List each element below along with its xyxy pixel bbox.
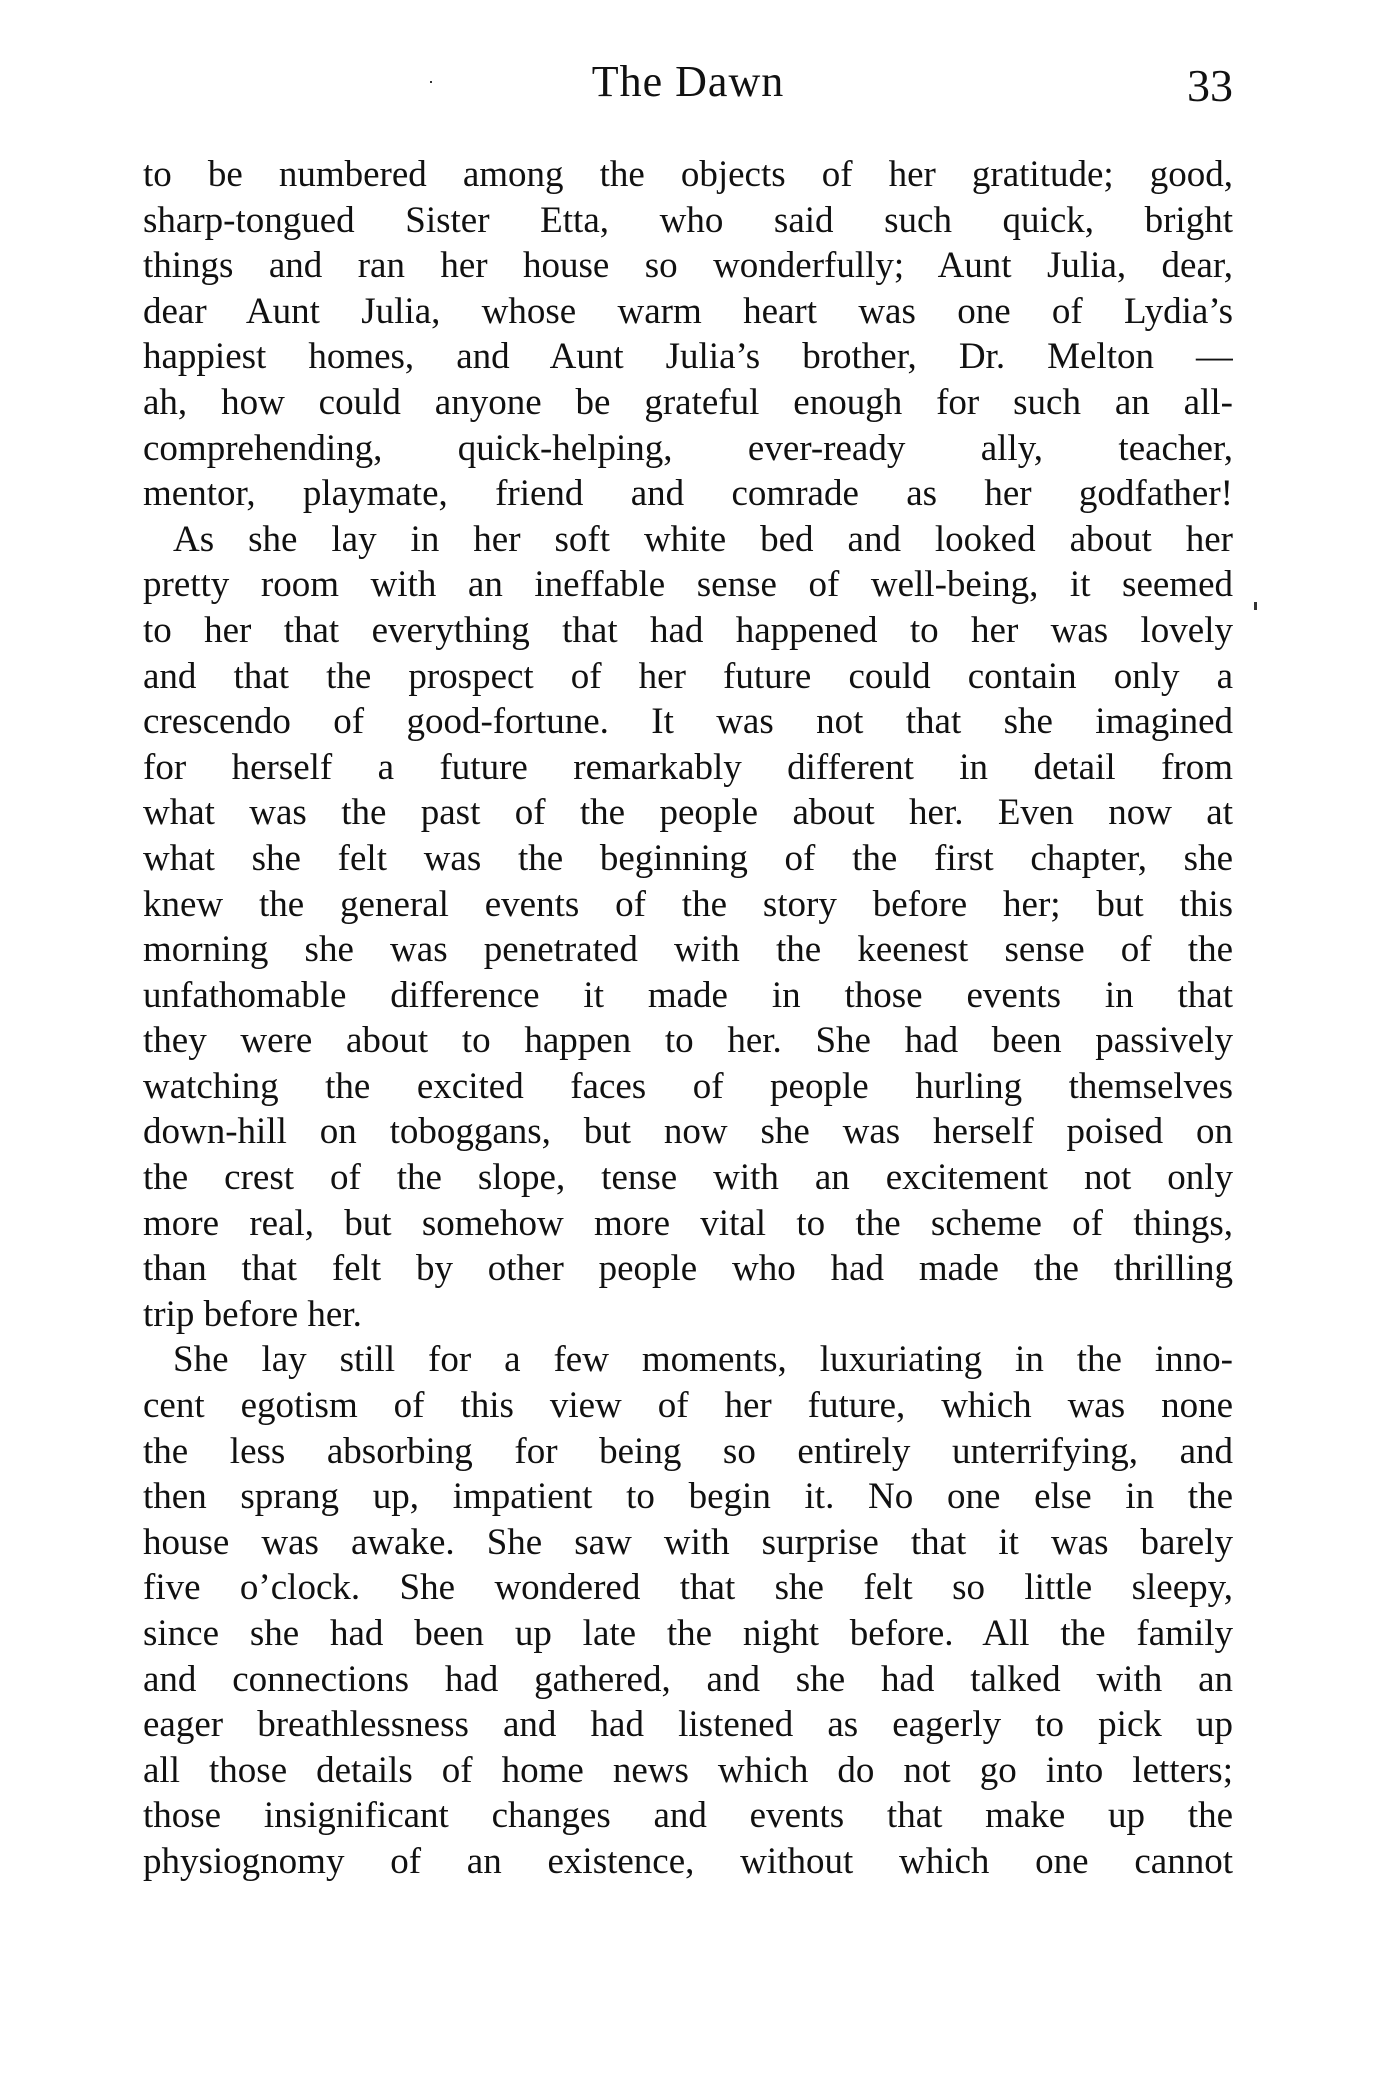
- text-line: dear Aunt Julia, whose warm heart was on…: [143, 289, 1233, 335]
- running-title: The Dawn: [143, 52, 1233, 112]
- scan-speck: [430, 81, 432, 83]
- text-line: physiognomy of an existence, without whi…: [143, 1839, 1233, 1885]
- text-line: house was awake. She saw with surprise t…: [143, 1520, 1233, 1566]
- text-line: trip before her.: [143, 1292, 1233, 1338]
- text-line: for herself a future remarkably differen…: [143, 745, 1233, 791]
- text-line: the less absorbing for being so entirely…: [143, 1429, 1233, 1475]
- text-line: since she had been up late the night bef…: [143, 1611, 1233, 1657]
- text-line: the crest of the slope, tense with an ex…: [143, 1155, 1233, 1201]
- text-line: down-hill on toboggans, but now she was …: [143, 1109, 1233, 1155]
- text-line: than that felt by other people who had m…: [143, 1246, 1233, 1292]
- text-line: mentor, playmate, friend and comrade as …: [143, 471, 1233, 517]
- text-line: and that the prospect of her future coul…: [143, 654, 1233, 700]
- text-line: morning she was penetrated with the keen…: [143, 927, 1233, 973]
- text-line: then sprang up, impatient to begin it. N…: [143, 1474, 1233, 1520]
- text-line: they were about to happen to her. She ha…: [143, 1018, 1233, 1064]
- body-text: to be numbered among the objects of her …: [143, 152, 1233, 1885]
- text-line: comprehending, quick-helping, ever-ready…: [143, 426, 1233, 472]
- text-line: to be numbered among the objects of her …: [143, 152, 1233, 198]
- text-line: She lay still for a few moments, luxuria…: [143, 1337, 1233, 1383]
- text-line: all those details of home news which do …: [143, 1748, 1233, 1794]
- text-line: eager breathlessness and had listened as…: [143, 1702, 1233, 1748]
- text-line: crescendo of good-fortune. It was not th…: [143, 699, 1233, 745]
- text-line: cent egotism of this view of her future,…: [143, 1383, 1233, 1429]
- text-line: things and ran her house so wonderfully;…: [143, 243, 1233, 289]
- book-page: The Dawn 33 to be numbered among the obj…: [0, 0, 1386, 2094]
- text-line: and connections had gathered, and she ha…: [143, 1657, 1233, 1703]
- text-line: As she lay in her soft white bed and loo…: [143, 517, 1233, 563]
- text-line: knew the general events of the story bef…: [143, 882, 1233, 928]
- text-line: what was the past of the people about he…: [143, 790, 1233, 836]
- text-line: pretty room with an ineffable sense of w…: [143, 562, 1233, 608]
- text-line: those insignificant changes and events t…: [143, 1793, 1233, 1839]
- text-line: sharp-tongued Sister Etta, who said such…: [143, 198, 1233, 244]
- text-line: unfathomable difference it made in those…: [143, 973, 1233, 1019]
- scan-speck: [1254, 602, 1257, 610]
- text-line: to her that everything that had happened…: [143, 608, 1233, 654]
- text-line: ah, how could anyone be grateful enough …: [143, 380, 1233, 426]
- page-number: 33: [1187, 56, 1233, 116]
- text-line: what she felt was the beginning of the f…: [143, 836, 1233, 882]
- text-line: happiest homes, and Aunt Julia’s brother…: [143, 334, 1233, 380]
- text-line: more real, but somehow more vital to the…: [143, 1201, 1233, 1247]
- text-line: watching the excited faces of people hur…: [143, 1064, 1233, 1110]
- text-line: five o’clock. She wondered that she felt…: [143, 1565, 1233, 1611]
- running-header: The Dawn 33: [143, 52, 1233, 112]
